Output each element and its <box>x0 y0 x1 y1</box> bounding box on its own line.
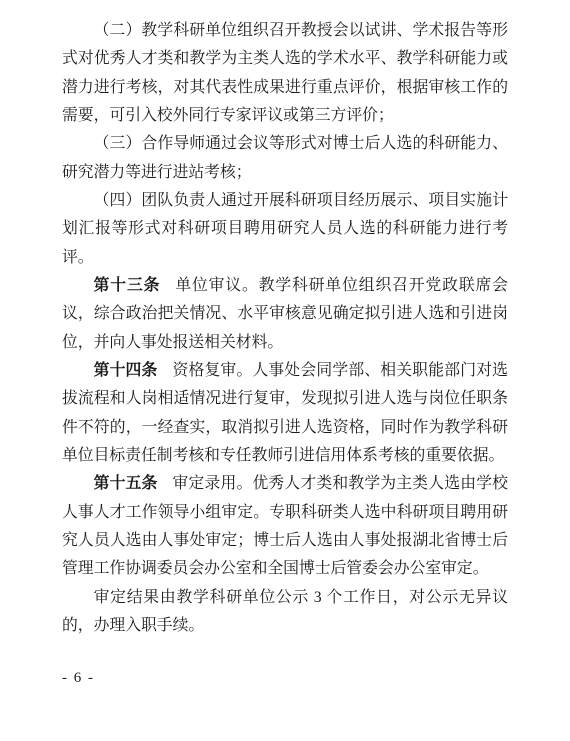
paragraph-text: （二）教学科研单位组织召开教授会以试讲、学术报告等形式对优秀人才类和教学为主类人… <box>62 22 508 124</box>
paragraph-clause-4: （四）团队负责人通过开展科研项目经历展示、项目实施计划汇报等形式对科研项目聘用研… <box>62 187 508 272</box>
paragraph-article-13: 第十三条单位审议。教学科研单位组织召开党政联席会议，综合政治把关情况、水平审核意… <box>62 272 508 357</box>
paragraph-clause-2: （二）教学科研单位组织召开教授会以试讲、学术报告等形式对优秀人才类和教学为主类人… <box>62 17 508 130</box>
page-number: - 6 - <box>62 670 95 687</box>
document-page: （二）教学科研单位组织召开教授会以试讲、学术报告等形式对优秀人才类和教学为主类人… <box>0 0 570 741</box>
article-number: 第十三条 <box>94 277 161 294</box>
paragraph-text: 审定结果由教学科研单位公示 3 个工作日，对公示无异议的，办理入职手续。 <box>62 589 508 634</box>
article-number: 第十五条 <box>94 475 158 492</box>
paragraph-closing: 审定结果由教学科研单位公示 3 个工作日，对公示无异议的，办理入职手续。 <box>62 584 508 641</box>
article-number: 第十四条 <box>94 362 158 379</box>
paragraph-clause-3: （三）合作导师通过会议等形式对博士后人选的科研能力、研究潜力等进行进站考核； <box>62 130 508 187</box>
text-block: （二）教学科研单位组织召开教授会以试讲、学术报告等形式对优秀人才类和教学为主类人… <box>62 17 508 640</box>
paragraph-article-14: 第十四条资格复审。人事处会同学部、相关职能部门对选拔流程和人岗相适情况进行复审，… <box>62 357 508 470</box>
paragraph-text: （四）团队负责人通过开展科研项目经历展示、项目实施计划汇报等形式对科研项目聘用研… <box>62 192 508 266</box>
paragraph-article-15: 第十五条审定录用。优秀人才类和教学为主类人选由学校人事人才工作领导小组审定。专职… <box>62 470 508 583</box>
paragraph-text: （三）合作导师通过会议等形式对博士后人选的科研能力、研究潜力等进行进站考核； <box>62 135 508 180</box>
